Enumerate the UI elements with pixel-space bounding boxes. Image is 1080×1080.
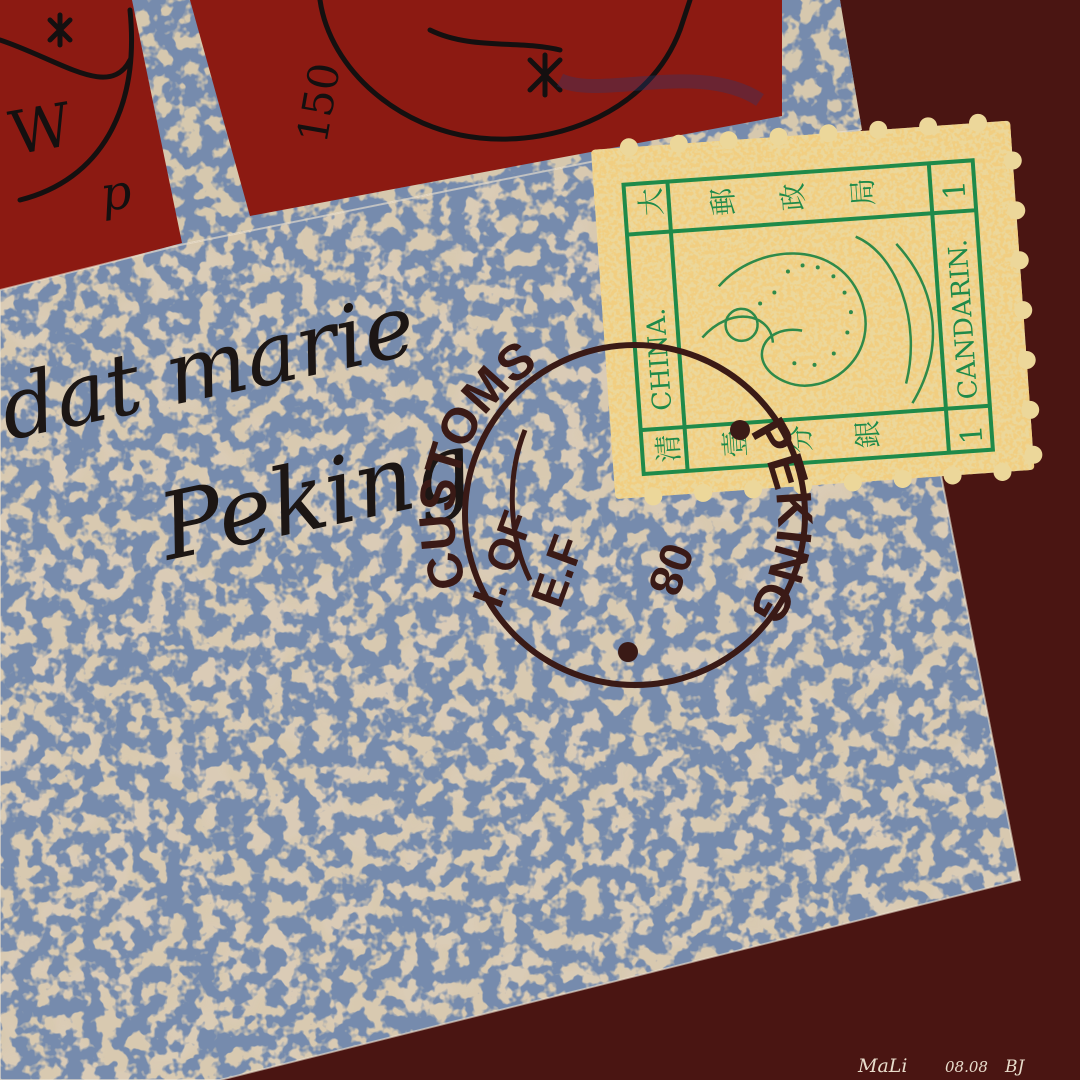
stamp-char-top-4: 局 [846,177,881,207]
stamp-char-top-1: 大 [634,187,669,217]
red-stamp-mark-w: W [4,90,77,170]
stamp-char-bottom-4: 銀 [851,419,886,449]
signature-place: BJ [1004,1057,1025,1077]
postage-stamp: CHINA. CANDARIN. 1 1 大 郵 政 局 清 壹 分 銀 [590,111,1044,508]
painting-canvas: W p 150 dat marie Peking [0,0,1080,1080]
stamp-corner-value-bottom: 1 [954,424,990,445]
signature-name: MaLi [857,1055,907,1077]
stamp-char-bottom-1: 清 [651,433,686,463]
signature-date: 08.08 [945,1058,988,1076]
stamp-char-top-3: 政 [776,182,811,212]
stamp-corner-value-top: 1 [937,179,973,200]
stamp-char-top-2: 郵 [706,187,741,217]
